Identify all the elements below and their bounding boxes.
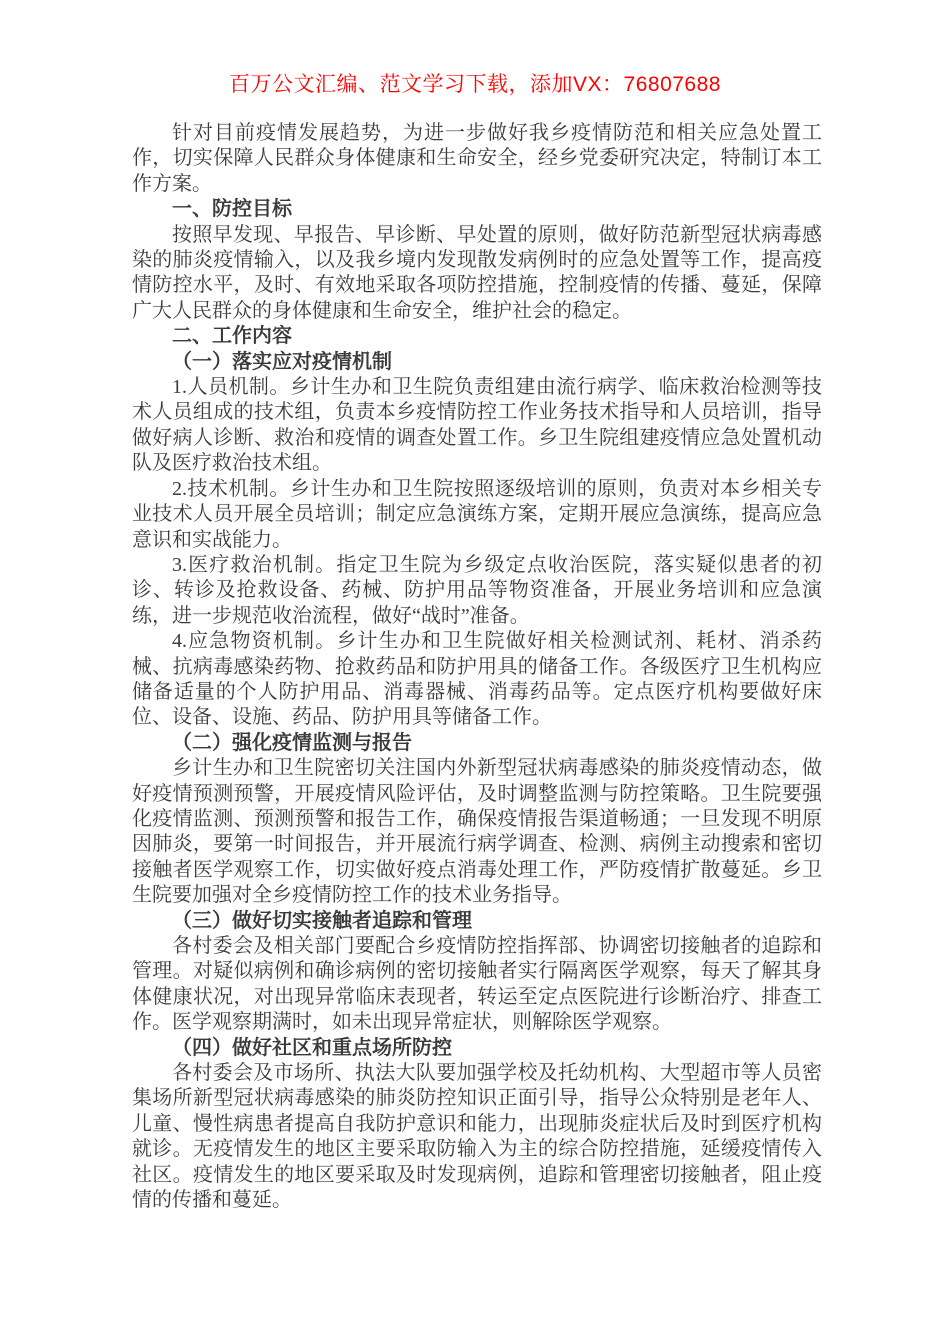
body-paragraph: 4.应急物资机制。乡计生办和卫生院做好相关检测试剂、耗材、消杀药械、抗病毒感染药…	[132, 629, 822, 731]
body-paragraph: 按照早发现、早报告、早诊断、早处置的原则，做好防范新型冠状病毒感染的肺炎疫情输入…	[132, 223, 822, 325]
section-heading: （一）落实应对疫情机制	[132, 350, 822, 375]
document-page: 百万公文汇编、范文学习下载，添加VX：76807688 针对目前疫情发展趋势，为…	[0, 0, 950, 1344]
section-heading: 一、防控目标	[132, 197, 822, 222]
section-heading: （四）做好社区和重点场所防控	[132, 1036, 822, 1061]
document-body: 针对目前疫情发展趋势，为进一步做好我乡疫情防范和相关应急处置工作，切实保障人民群…	[132, 121, 822, 1213]
body-paragraph: 各村委会及相关部门要配合乡疫情防控指挥部、协调密切接触者的追踪和管理。对疑似病例…	[132, 934, 822, 1036]
promo-header-text: 百万公文汇编、范文学习下载，添加VX：76807688	[0, 68, 950, 98]
body-paragraph: 各村委会及市场所、执法大队要加强学校及托幼机构、大型超市等人员密集场所新型冠状病…	[132, 1061, 822, 1213]
body-paragraph: 针对目前疫情发展趋势，为进一步做好我乡疫情防范和相关应急处置工作，切实保障人民群…	[132, 121, 822, 197]
section-heading: （三）做好切实接触者追踪和管理	[132, 909, 822, 934]
body-paragraph: 乡计生办和卫生院密切关注国内外新型冠状病毒感染的肺炎疫情动态，做好疫情预测预警，…	[132, 756, 822, 908]
body-paragraph: 2.技术机制。乡计生办和卫生院按照逐级培训的原则，负责对本乡相关专业技术人员开展…	[132, 477, 822, 553]
section-heading: 二、工作内容	[132, 324, 822, 349]
section-heading: （二）强化疫情监测与报告	[132, 731, 822, 756]
body-paragraph: 1.人员机制。乡计生办和卫生院负责组建由流行病学、临床救治检测等技术人员组成的技…	[132, 375, 822, 477]
body-paragraph: 3.医疗救治机制。指定卫生院为乡级定点收治医院，落实疑似患者的初诊、转诊及抢救设…	[132, 553, 822, 629]
